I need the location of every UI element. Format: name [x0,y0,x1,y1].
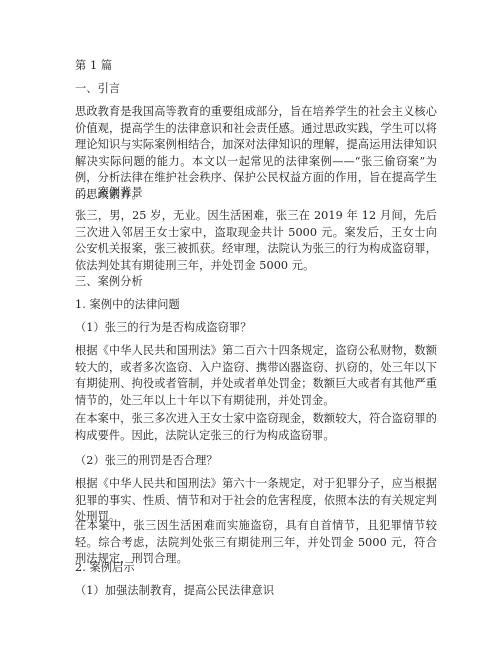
part-title: 第 1 篇 [75,58,112,73]
question-2-heading: （2）张三的刑罚是否合理？ [75,453,218,468]
question-1-heading: （1）张三的行为是否构成盗窃罪？ [75,320,252,335]
insight-1-heading: （1）加强法制教育，提高公民法律意识 [75,583,274,598]
subsection-1-heading: 1. 案例中的法律问题 [75,297,180,312]
question-1-law-paragraph: 根据《中华人民共和国刑法》第二百六十四条规定，盗窃公私财物，数额较大的，或者多次… [75,343,437,409]
background-heading: 二、案例背景 [75,185,143,200]
analysis-heading: 三、案例分析 [75,274,143,289]
intro-heading: 一、引言 [75,81,120,96]
question-1-case-paragraph: 在本案中，张三多次进入王女士家中盗窃现金，数额较大，符合盗窃罪的构成要件。因此，… [75,411,437,444]
subsection-2-heading: 2. 案例启示 [75,560,135,575]
background-paragraph: 张三，男，25 岁，无业。因生活困难，张三在 2019 年 12 月间，先后三次… [75,208,437,274]
